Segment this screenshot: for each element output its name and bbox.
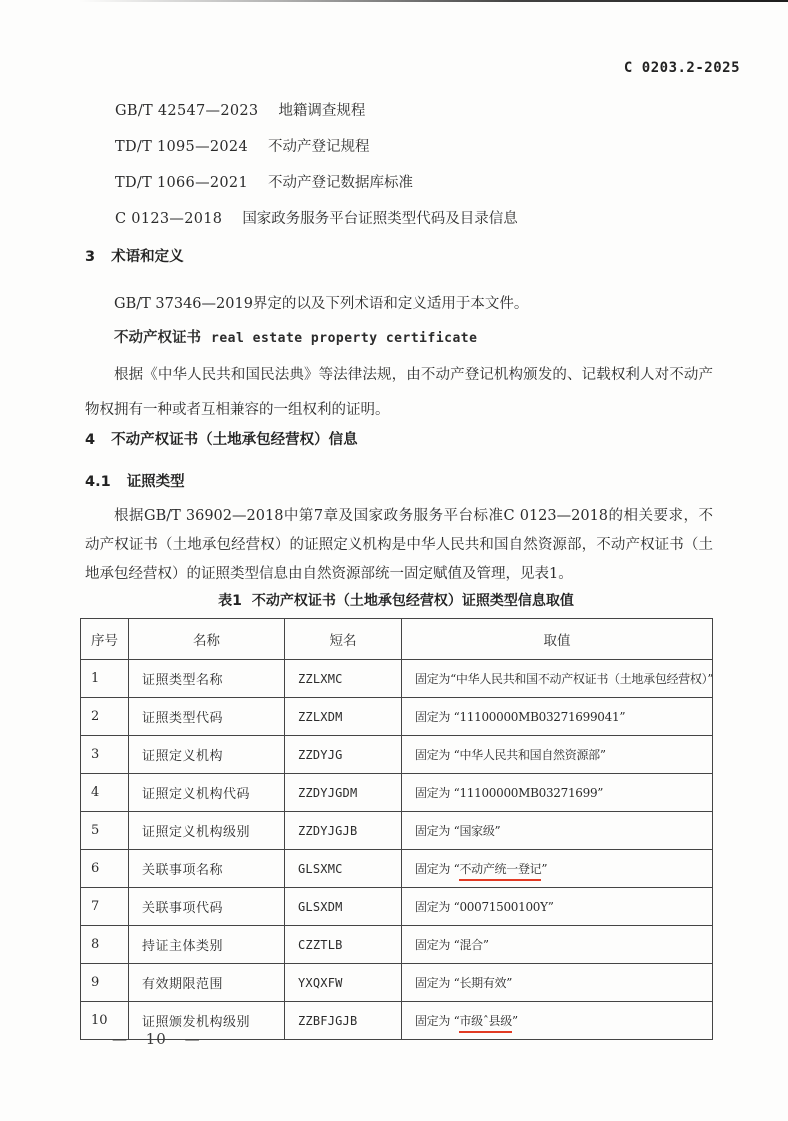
section-title: 不动产权证书（土地承包经营权）信息 (111, 432, 358, 448)
document-page: C 0203.2-2025 GB/T 42547—2023地籍调查规程 TD/T… (0, 0, 788, 1121)
reference-code: C 0123—2018 (115, 211, 222, 227)
standard-code-header: C 0203.2-2025 (624, 60, 740, 76)
cell-value: 固定为“中华人民共和国不动产权证书（土地承包经营权）” (402, 660, 713, 698)
cell-seq: 3 (81, 736, 129, 774)
value-text: 固定为 “ (415, 1014, 459, 1028)
cell-short: YXQXFW (285, 964, 402, 1002)
section-number: 4 (85, 432, 95, 448)
cell-value: 固定为 “国家级” (402, 812, 713, 850)
value-text: 固定为 “11100000MB03271699041” (415, 710, 625, 724)
section-number: 3 (85, 249, 95, 265)
reference-code: TD/T 1066—2021 (115, 175, 248, 191)
reference-title: 不动产登记数据库标准 (268, 175, 413, 191)
column-header-short: 短名 (285, 619, 402, 660)
cell-short: ZZDYJGDM (285, 774, 402, 812)
cell-value: 固定为 “混合” (402, 926, 713, 964)
reference-title: 不动产登记规程 (268, 139, 370, 155)
reference-code: GB/T 42547—2023 (115, 103, 258, 119)
term-english: real estate property certificate (211, 331, 477, 346)
cell-seq: 1 (81, 660, 129, 698)
cell-seq: 5 (81, 812, 129, 850)
value-text: 固定为 “11100000MB03271699” (415, 786, 603, 800)
page-number: — 10 — (112, 1030, 201, 1048)
table-row: 9 有效期限范围 YXQXFW 固定为 “长期有效” (81, 964, 713, 1002)
reference-title: 国家政务服务平台证照类型代码及目录信息 (242, 211, 518, 227)
value-text: 固定为“中华人民共和国不动产权证书（土地承包经营权）” (415, 672, 713, 686)
reference-item: TD/T 1066—2021不动产登记数据库标准 (115, 172, 518, 194)
value-text: ” (512, 1014, 518, 1028)
table-1-certificate-type-values: 序号 名称 短名 取值 1 证照类型名称 ZZLXMC 固定为“中华人民共和国不… (80, 618, 713, 1040)
cell-name: 持证主体类别 (129, 926, 285, 964)
table-row: 2 证照类型代码 ZZLXDM 固定为 “11100000MB032716990… (81, 698, 713, 736)
cell-value: 固定为 “11100000MB03271699” (402, 774, 713, 812)
value-text: 固定为 “ (415, 862, 459, 876)
value-text: 固定为 “长期有效” (415, 976, 512, 990)
table-row: 1 证照类型名称 ZZLXMC 固定为“中华人民共和国不动产权证书（土地承包经营… (81, 660, 713, 698)
cell-short: GLSXMC (285, 850, 402, 888)
cell-seq: 6 (81, 850, 129, 888)
value-text: 固定为 “中华人民共和国自然资源部” (415, 748, 606, 762)
value-text: 固定为 “00071500100Y” (415, 900, 554, 914)
cell-name: 证照类型名称 (129, 660, 285, 698)
cell-value: 固定为 “11100000MB03271699041” (402, 698, 713, 736)
term-definition-line: 不动产权证书real estate property certificate (85, 326, 477, 347)
reference-code: TD/T 1095—2024 (115, 139, 248, 155)
cell-seq: 9 (81, 964, 129, 1002)
cell-short: GLSXDM (285, 888, 402, 926)
cell-short: ZZDYJG (285, 736, 402, 774)
value-text: 固定为 “混合” (415, 938, 489, 952)
term-chinese: 不动产权证书 (114, 330, 201, 346)
table-caption-text: 不动产权证书（土地承包经营权）证照类型信息取值 (252, 593, 574, 609)
cell-seq: 4 (81, 774, 129, 812)
cell-value: 固定为 “中华人民共和国自然资源部” (402, 736, 713, 774)
scan-edge-artifact (0, 0, 788, 2)
cell-seq: 8 (81, 926, 129, 964)
cell-name: 关联事项代码 (129, 888, 285, 926)
cell-value: 固定为 “长期有效” (402, 964, 713, 1002)
cell-name: 关联事项名称 (129, 850, 285, 888)
cell-short: ZZLXDM (285, 698, 402, 736)
reference-title: 地籍调查规程 (278, 103, 365, 119)
table-header-row: 序号 名称 短名 取值 (81, 619, 713, 660)
term-definition-paragraph: 根据《中华人民共和国民法典》等法律法规，由不动产登记机构颁发的、记载权利人对不动… (85, 358, 713, 428)
cell-short: ZZBFJGJB (285, 1002, 402, 1040)
table-1-caption: 表1不动产权证书（土地承包经营权）证照类型信息取值 (80, 590, 712, 610)
cell-seq: 7 (81, 888, 129, 926)
cell-short: ZZLXMC (285, 660, 402, 698)
table-row: 4 证照定义机构代码 ZZDYJGDM 固定为 “11100000MB03271… (81, 774, 713, 812)
reference-item: GB/T 42547—2023地籍调查规程 (115, 100, 518, 122)
section-4-heading: 4不动产权证书（土地承包经营权）信息 (85, 428, 358, 449)
cell-name: 证照类型代码 (129, 698, 285, 736)
table-row: 5 证照定义机构级别 ZZDYJGJB 固定为 “国家级” (81, 812, 713, 850)
section-title: 证照类型 (127, 474, 185, 490)
column-header-name: 名称 (129, 619, 285, 660)
value-underlined-text: 不动产统一登记 (459, 862, 541, 881)
value-underlined-text: 市级ˆ县级 (459, 1014, 512, 1033)
table-row: 7 关联事项代码 GLSXDM 固定为 “00071500100Y” (81, 888, 713, 926)
section-3-heading: 3术语和定义 (85, 245, 184, 266)
cell-name: 有效期限范围 (129, 964, 285, 1002)
section-number: 4.1 (85, 474, 111, 490)
cell-value: 固定为 “不动产统一登记” (402, 850, 713, 888)
section-3-intro-paragraph: GB/T 37346—2019界定的以及下列术语和定义适用于本文件。 (85, 292, 713, 313)
table-row: 3 证照定义机构 ZZDYJG 固定为 “中华人民共和国自然资源部” (81, 736, 713, 774)
cell-name: 证照定义机构 (129, 736, 285, 774)
normative-references-list: GB/T 42547—2023地籍调查规程 TD/T 1095—2024不动产登… (115, 100, 518, 244)
table-caption-label: 表1 (218, 593, 242, 609)
reference-item: C 0123—2018国家政务服务平台证照类型代码及目录信息 (115, 208, 518, 230)
reference-item: TD/T 1095—2024不动产登记规程 (115, 136, 518, 158)
column-header-value: 取值 (402, 619, 713, 660)
section-title: 术语和定义 (111, 249, 184, 265)
cell-name: 证照定义机构级别 (129, 812, 285, 850)
cell-seq: 2 (81, 698, 129, 736)
cell-name: 证照定义机构代码 (129, 774, 285, 812)
section-4-1-heading: 4.1证照类型 (85, 470, 185, 491)
cell-short: CZZTLB (285, 926, 402, 964)
table-row: 8 持证主体类别 CZZTLB 固定为 “混合” (81, 926, 713, 964)
cell-value: 固定为 “00071500100Y” (402, 888, 713, 926)
value-text: 固定为 “国家级” (415, 824, 500, 838)
table-row: 6 关联事项名称 GLSXMC 固定为 “不动产统一登记” (81, 850, 713, 888)
column-header-seq: 序号 (81, 619, 129, 660)
value-text: ” (541, 862, 547, 876)
cell-short: ZZDYJGJB (285, 812, 402, 850)
section-4-1-paragraph: 根据GB/T 36902—2018中第7章及国家政务服务平台标准C 0123—2… (85, 502, 713, 589)
cell-value: 固定为 “市级ˆ县级” (402, 1002, 713, 1040)
